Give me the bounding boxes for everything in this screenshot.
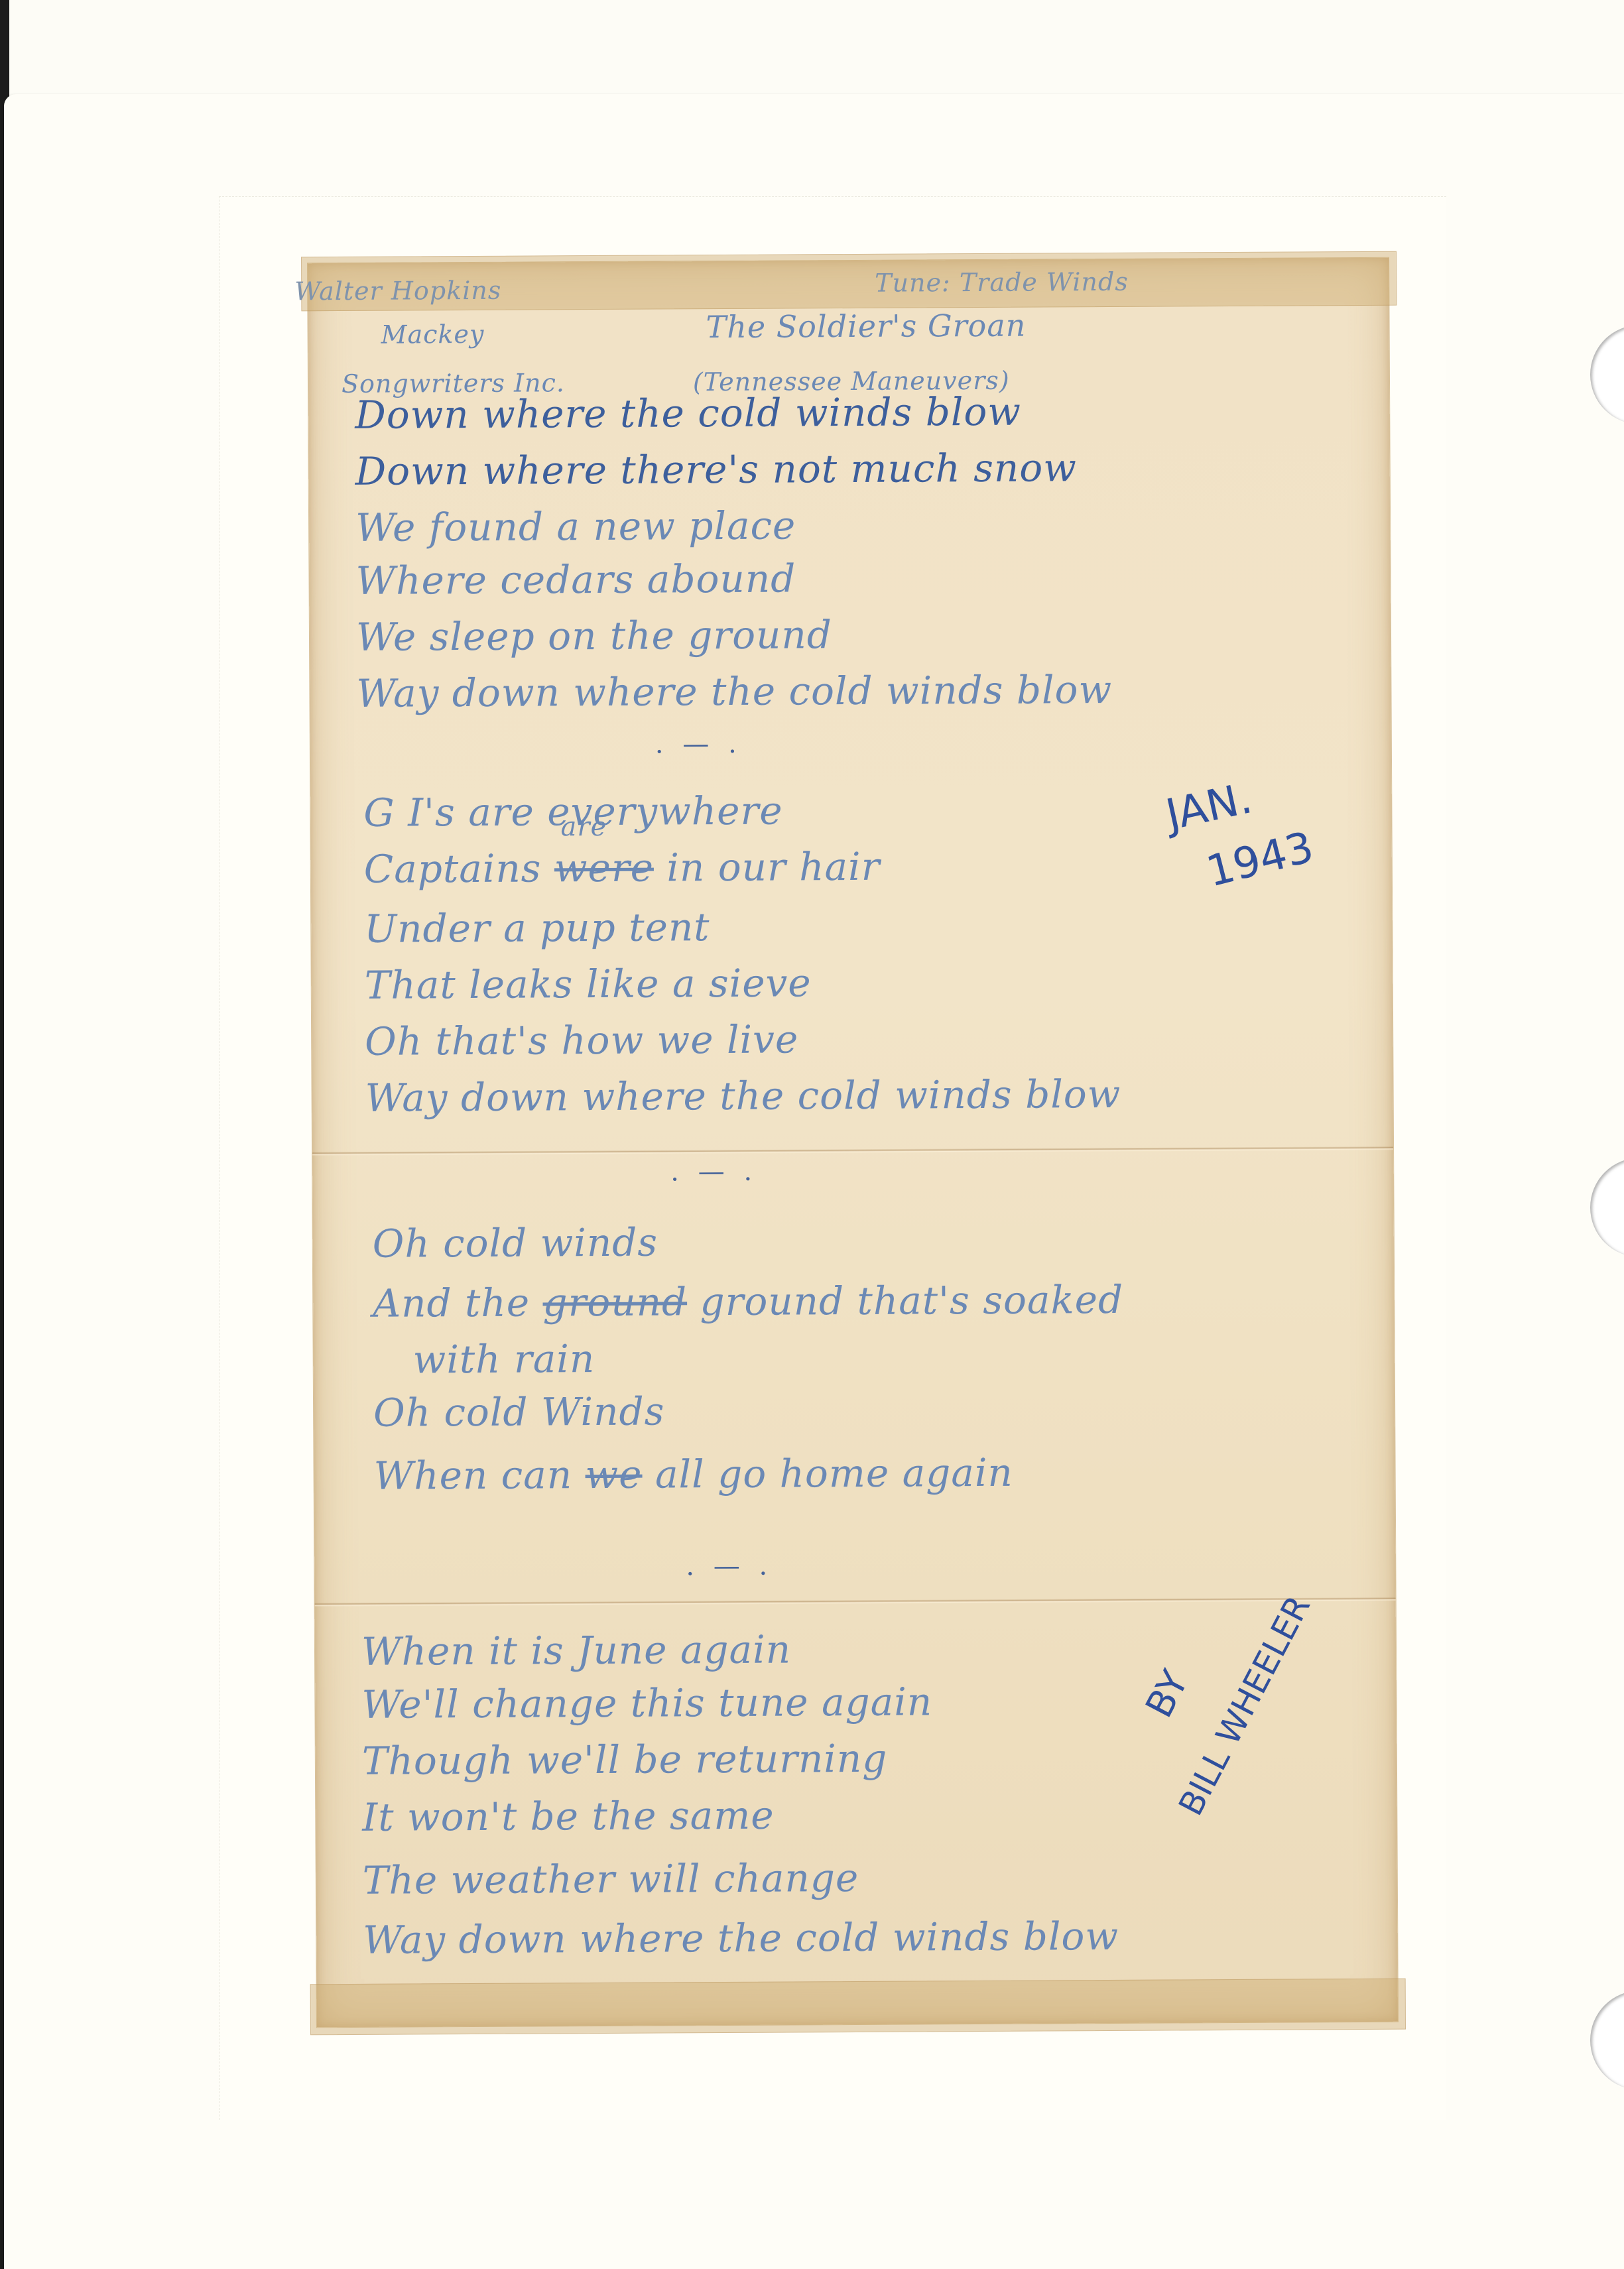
bottom-tape-strip: [310, 1979, 1406, 2036]
signature-by: BY: [1137, 1664, 1197, 1725]
lyric-line-corrected: When can we all go home again: [373, 1453, 1013, 1495]
lyric-line: Though we'll be returning: [362, 1739, 888, 1780]
lyric-line: Way down where the cold winds blow: [363, 1917, 1119, 1959]
inserted-word: are: [560, 814, 607, 840]
signature-name: BILL WHEELER: [1171, 1589, 1318, 1821]
signature: BY: [1137, 1664, 1197, 1725]
verse-separator: . — .: [670, 1156, 757, 1188]
lyric-line: Oh cold winds: [373, 1223, 658, 1263]
line-text: all go home again: [642, 1450, 1013, 1497]
binder-hole-middle: [1590, 1158, 1624, 1257]
line-text: in our hair: [654, 844, 881, 890]
lyric-line: Way down where the cold winds blow: [365, 1075, 1121, 1117]
lyric-line: Down where there's not much snow: [355, 448, 1077, 491]
struck-word: we: [585, 1452, 642, 1497]
paper-fold-lower: [315, 1597, 1396, 1607]
lyric-line: with rain: [413, 1339, 595, 1379]
lyric-line: Down where the cold winds blow: [355, 393, 1021, 434]
lyric-sheet: Walter Hopkins Tune: Trade Winds Mackey …: [307, 257, 1399, 2028]
correction: wereare: [554, 845, 654, 891]
signature-name-wrap: BILL WHEELER: [1171, 1589, 1318, 1821]
song-title: The Soldier's Groan: [706, 308, 1026, 345]
binder-hole-top: [1590, 325, 1624, 424]
line-text: ground that's soaked: [687, 1277, 1123, 1324]
line-text: When can: [373, 1452, 585, 1499]
lyric-line: We sleep on the ground: [356, 615, 832, 656]
date-year: 1943: [1202, 823, 1318, 897]
lyric-line: That leaks like a sieve: [365, 963, 812, 1005]
lyric-line: When it is June again: [361, 1630, 791, 1670]
lyric-line: The weather will change: [363, 1859, 859, 1900]
lyric-line: It won't be the same: [362, 1796, 775, 1837]
lyric-line: We found a new place: [355, 506, 796, 546]
author-note: Walter Hopkins: [294, 276, 501, 306]
lyric-line: Oh cold Winds: [373, 1392, 665, 1432]
paper-fold-upper: [312, 1146, 1393, 1156]
lyric-line: Under a pup tent: [364, 908, 710, 948]
lyric-line: Where cedars abound: [355, 559, 796, 599]
verse-separator: . — .: [686, 1551, 773, 1582]
verse-separator: . — .: [655, 729, 742, 760]
lyric-line: Way down where the cold winds blow: [356, 670, 1112, 713]
binder-hole-bottom: [1590, 1991, 1624, 2090]
tune-note: Tune: Trade Winds: [875, 267, 1129, 298]
struck-word: were: [554, 845, 654, 891]
publisher-line-1: Mackey: [381, 320, 484, 349]
line-text: And the: [373, 1280, 543, 1325]
struck-word: ground: [542, 1279, 687, 1325]
line-text: Captains: [364, 845, 554, 892]
date-month: JAN.: [1162, 774, 1257, 840]
lyric-line-corrected: Captains wereare in our hair: [364, 847, 881, 889]
lyric-line: Oh that's how we live: [365, 1020, 798, 1060]
lyric-line: We'll change this tune again: [361, 1682, 932, 1724]
lyric-line-corrected: And the ground ground that's soaked: [373, 1280, 1123, 1323]
